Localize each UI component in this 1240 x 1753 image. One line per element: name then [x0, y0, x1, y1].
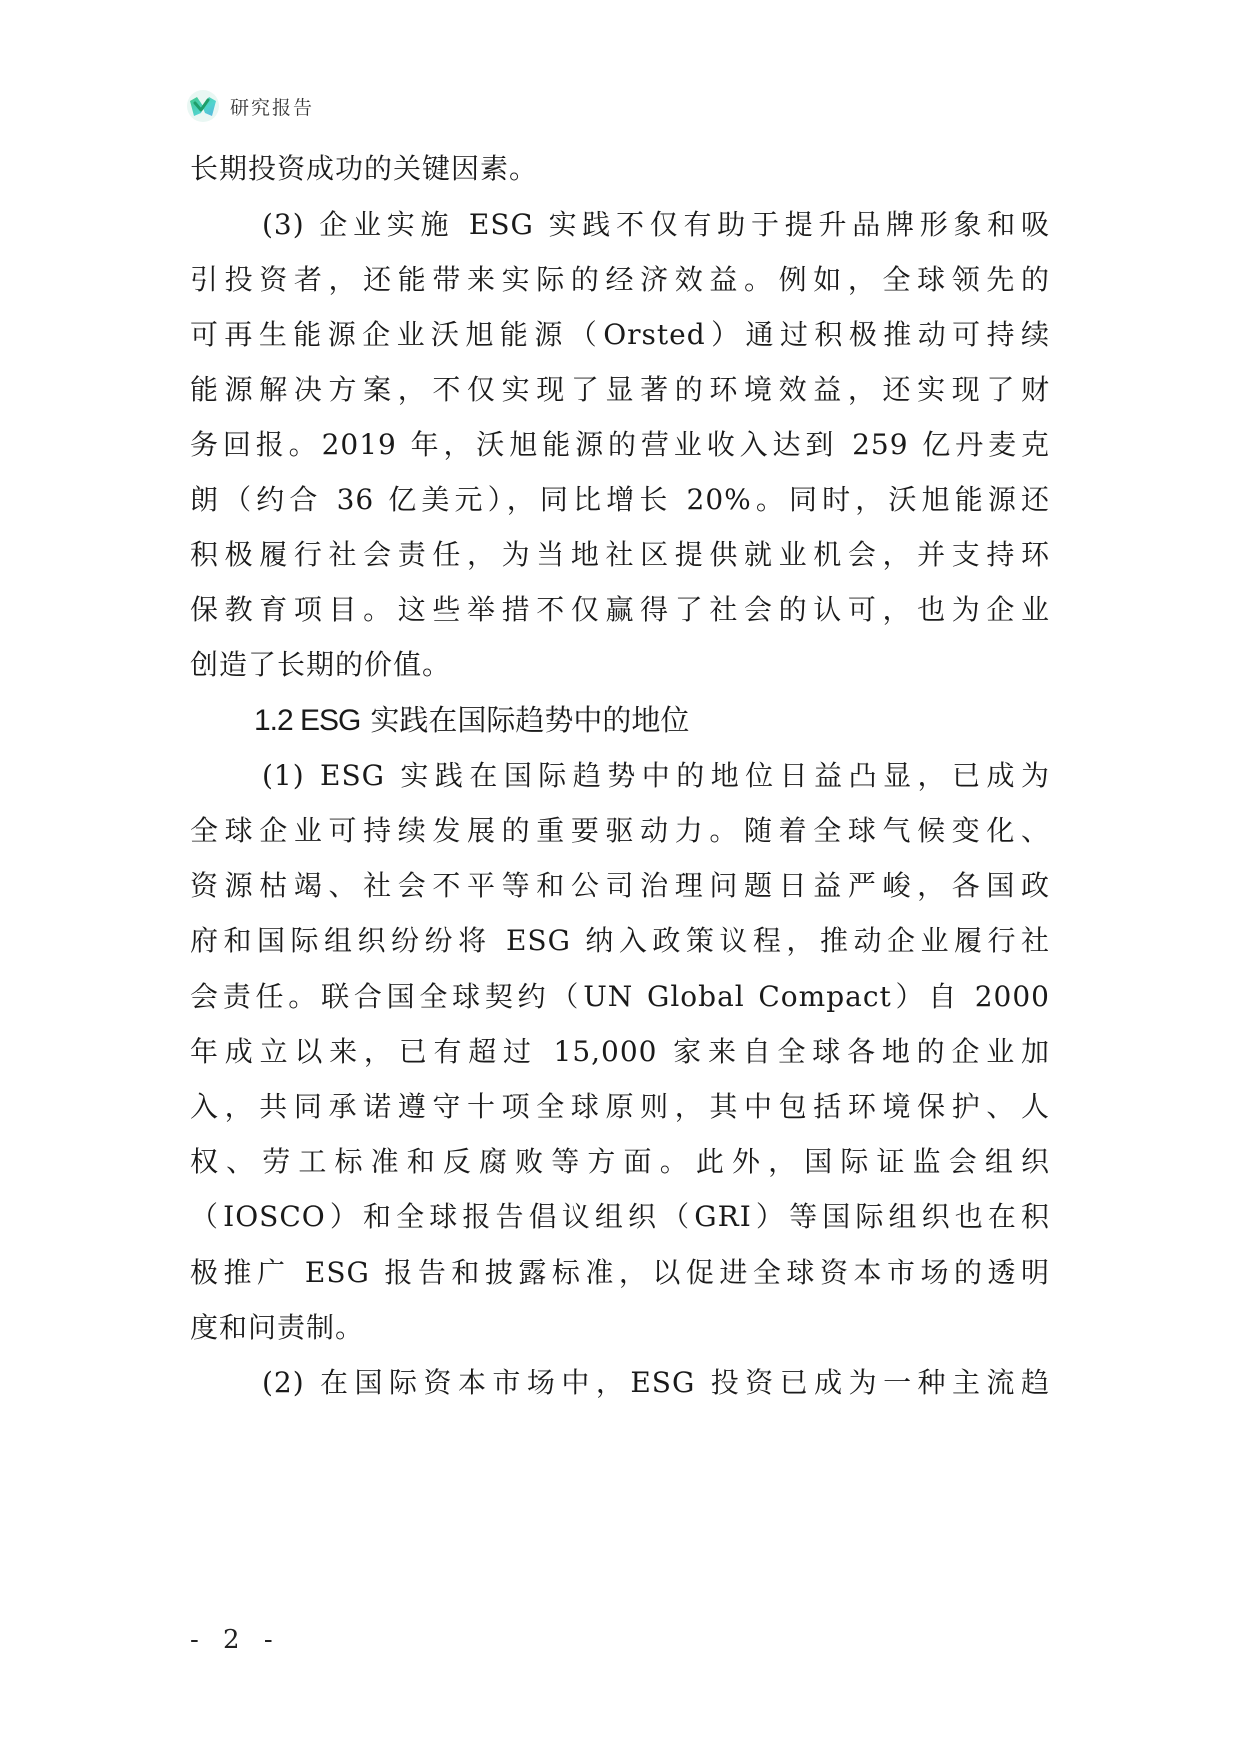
- paragraph-line: 权、劳工标准和反腐败等方面。此外，国际证监会组织: [190, 1140, 1050, 1184]
- header-title: 研究报告: [230, 93, 314, 120]
- section-number: 1.2 ESG: [254, 704, 360, 737]
- paragraph-line: (1) ESG 实践在国际趋势中的地位日益凸显，已成为: [262, 754, 1050, 798]
- paragraph-line: 府和国际组织纷纷将 ESG 纳入政策议程，推动企业履行社: [190, 919, 1050, 963]
- paragraph-line: 度和问责制。: [190, 1306, 1050, 1350]
- paragraph-line: 会责任。联合国全球契约（UN Global Compact）自 2000: [190, 975, 1050, 1019]
- paragraph-line: 朗（约合 36 亿美元），同比增长 20%。同时，沃旭能源还: [190, 478, 1050, 522]
- paragraph-line: 年成立以来，已有超过 15,000 家来自全球各地的企业加: [190, 1030, 1050, 1074]
- paragraph-line: 保教育项目。这些举措不仅赢得了社会的认可，也为企业: [190, 588, 1050, 632]
- paragraph-line: 入，共同承诺遵守十项全球原则，其中包括环境保护、人: [190, 1085, 1050, 1129]
- teal-green-hexagon-logo-icon: [186, 89, 220, 123]
- paragraph-line: (3) 企业实施 ESG 实践不仅有助于提升品牌形象和吸: [262, 203, 1050, 247]
- paragraph-line: 创造了长期的价值。: [190, 643, 1050, 687]
- paragraph-line: 长期投资成功的关键因素。: [190, 147, 1050, 191]
- paragraph-line: （IOSCO）和全球报告倡议组织（GRI）等国际组织也在积: [190, 1195, 1050, 1239]
- paragraph-line: 全球企业可持续发展的重要驱动力。随着全球气候变化、: [190, 809, 1050, 853]
- page-number: - 2 -: [190, 1625, 281, 1655]
- paragraph-line: 积极履行社会责任，为当地社区提供就业机会，并支持环: [190, 533, 1050, 577]
- paragraph-line: 资源枯竭、社会不平等和公司治理问题日益严峻，各国政: [190, 864, 1050, 908]
- paragraph-line: 引投资者，还能带来实际的经济效益。例如，全球领先的: [190, 258, 1050, 302]
- paragraph-line: 务回报。2019 年，沃旭能源的营业收入达到 259 亿丹麦克: [190, 423, 1050, 467]
- report-header: 研究报告: [186, 88, 314, 124]
- paragraph-line: 极推广 ESG 报告和披露标准，以促进全球资本市场的透明: [190, 1251, 1050, 1295]
- section-title: 实践在国际趋势中的地位: [370, 703, 689, 737]
- paragraph-line: 能源解决方案，不仅实现了显著的环境效益，还实现了财: [190, 368, 1050, 412]
- paragraph-line: (2) 在国际资本市场中，ESG 投资已成为一种主流趋: [262, 1361, 1050, 1405]
- paragraph-line: 可再生能源企业沃旭能源（Orsted）通过积极推动可持续: [190, 313, 1050, 357]
- section-heading: 1.2 ESG实践在国际趋势中的地位: [254, 698, 689, 742]
